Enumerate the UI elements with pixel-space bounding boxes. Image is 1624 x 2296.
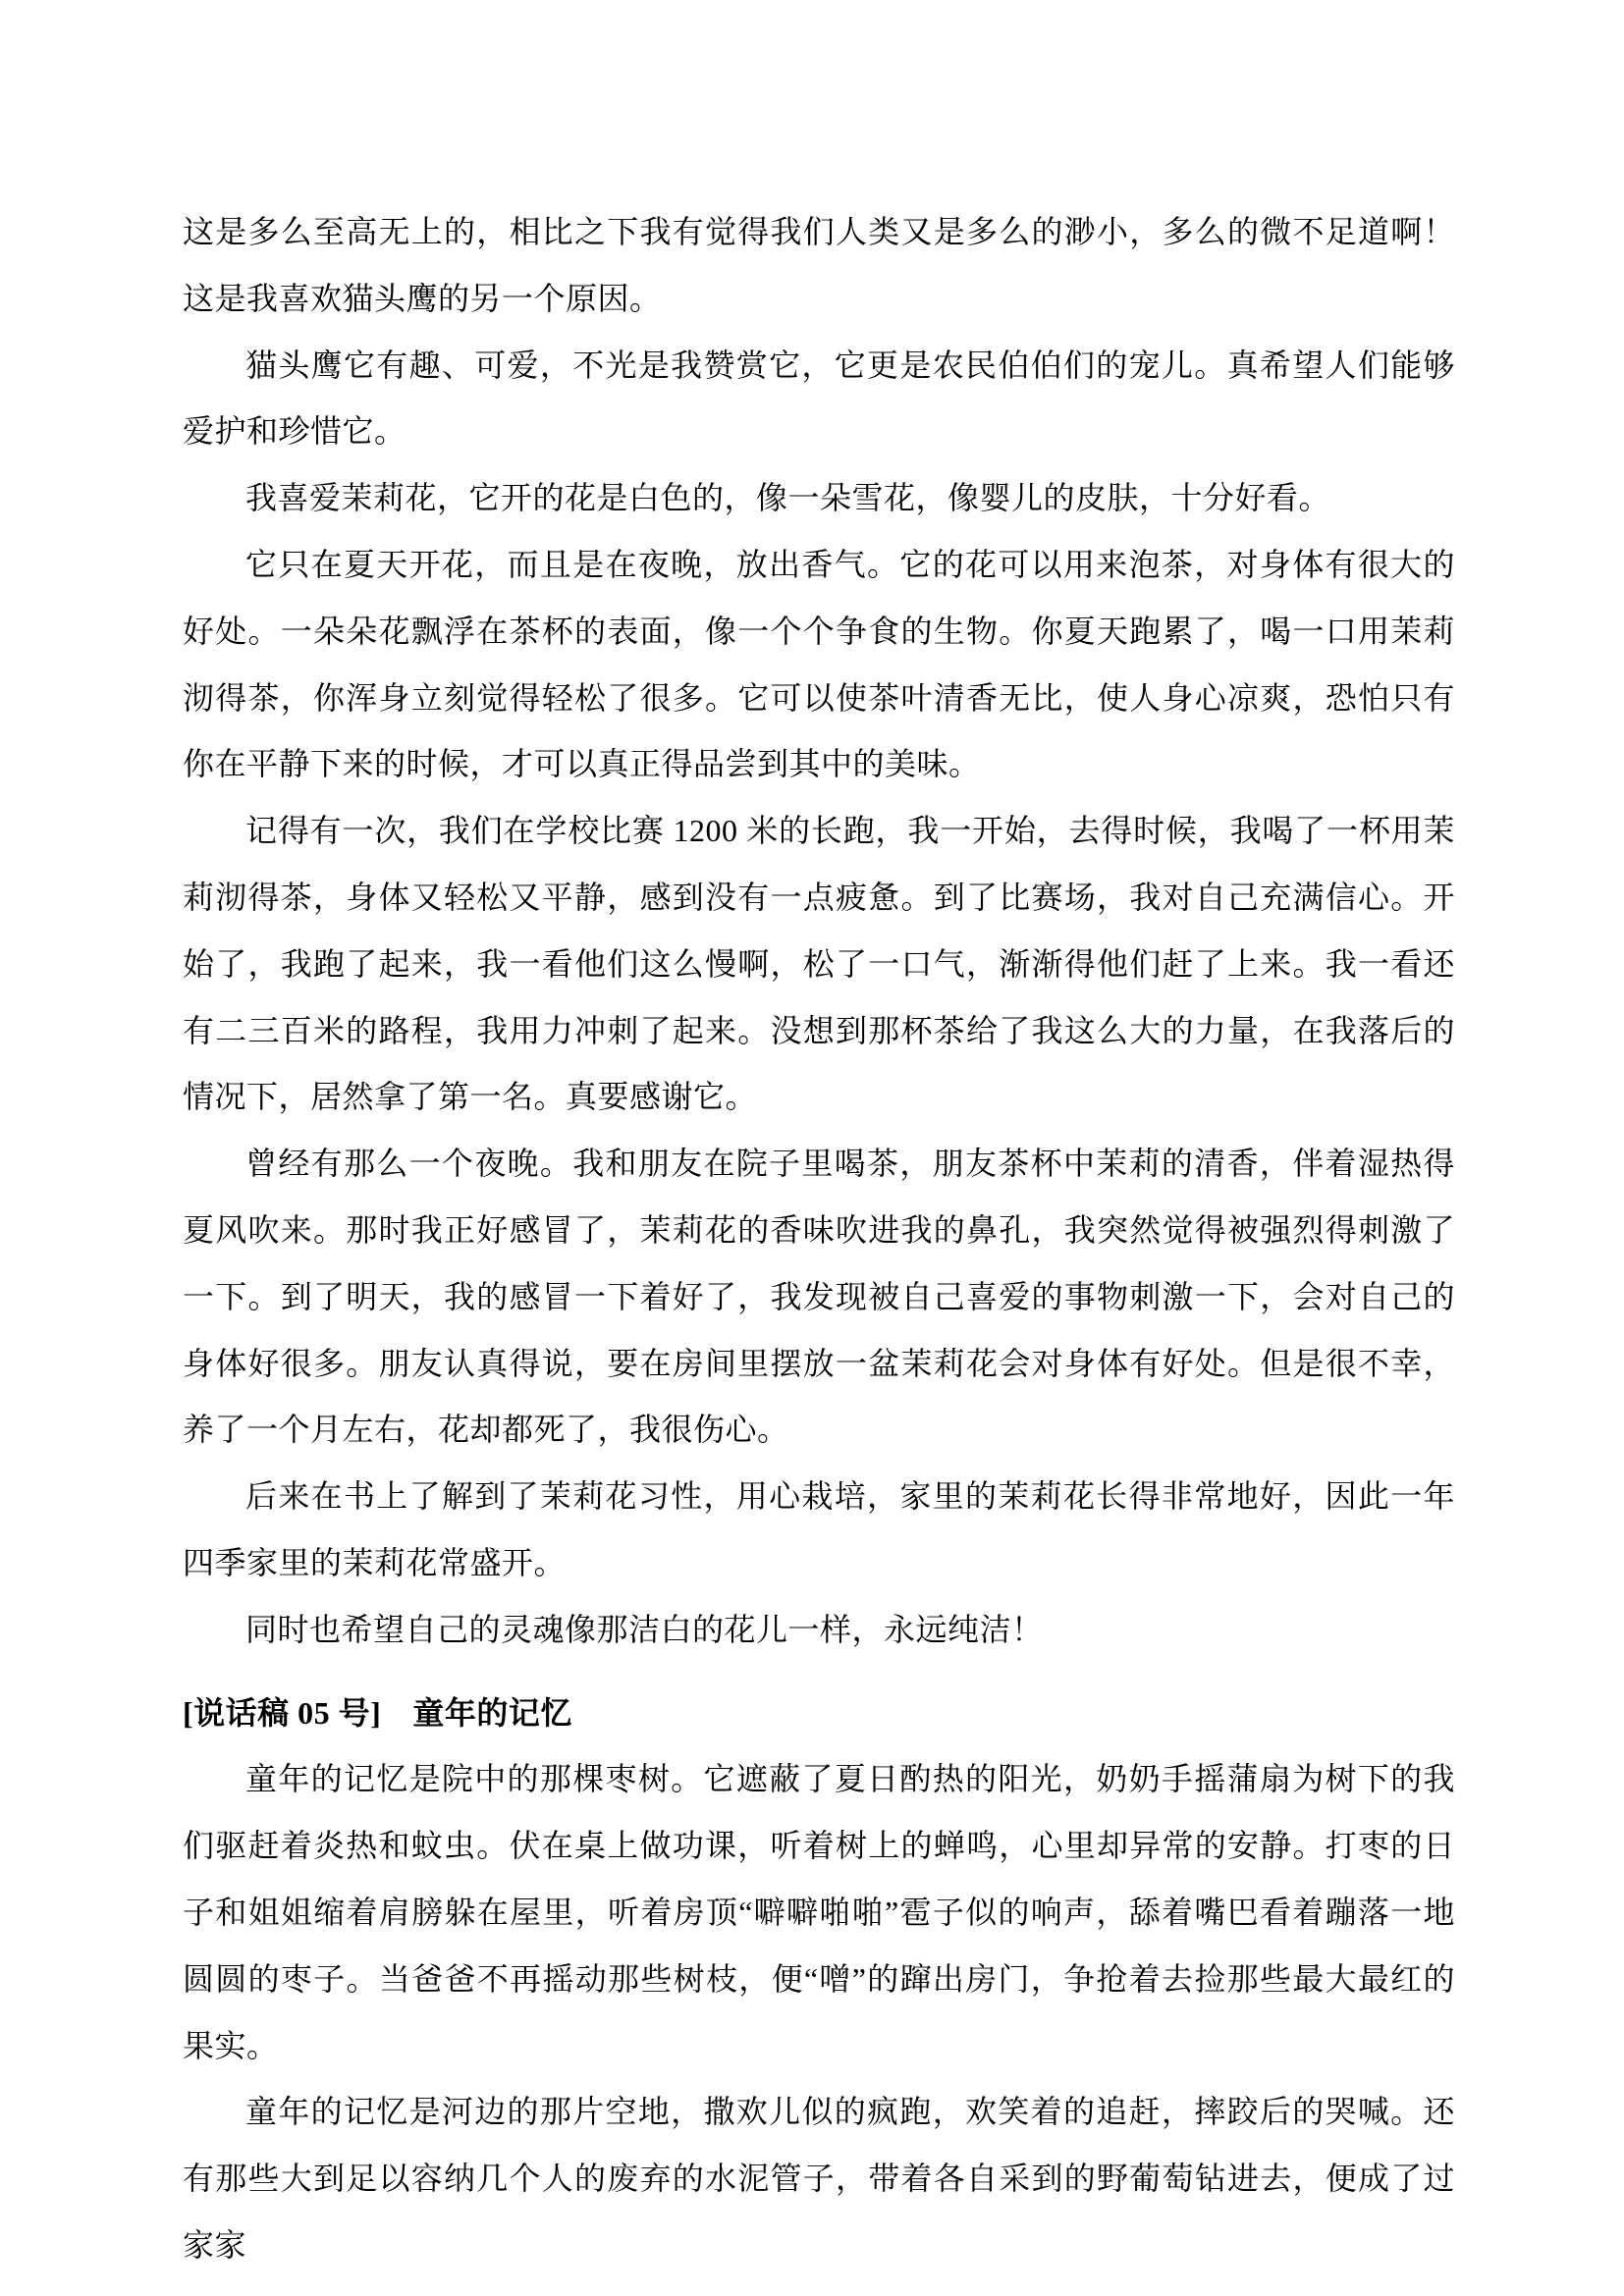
document-page: 这是多么至高无上的，相比之下我有觉得我们人类又是多么的渺小，多么的微不足道啊！这… [0, 0, 1624, 2296]
paragraph: 童年的记忆是院中的那棵枣树。它遮蔽了夏日酌热的阳光，奶奶手摇蒲扇为树下的我们驱赶… [183, 1746, 1455, 2079]
paragraph: 曾经有那么一个夜晚。我和朋友在院子里喝茶，朋友茶杯中茉莉的清香，伴着湿热得夏风吹… [183, 1131, 1455, 1464]
document-text-area: 这是多么至高无上的，相比之下我有觉得我们人类又是多么的渺小，多么的微不足道啊！这… [183, 199, 1455, 2279]
paragraph: 我喜爱茉莉花，它开的花是白色的，像一朵雪花，像婴儿的皮肤，十分好看。 [183, 465, 1455, 532]
section-heading: [说话稿 05 号]童年的记忆 [183, 1681, 1455, 1747]
paragraph: 同时也希望自己的灵魂像那洁白的花儿一样，永远纯洁！ [183, 1597, 1455, 1664]
paragraph: 记得有一次，我们在学校比赛 1200 米的长跑，我一开始，去得时候，我喝了一杯用… [183, 798, 1455, 1131]
paragraph: 这是多么至高无上的，相比之下我有觉得我们人类又是多么的渺小，多么的微不足道啊！这… [183, 199, 1455, 333]
paragraph: 后来在书上了解到了茉莉花习性，用心栽培，家里的茉莉花长得非常地好，因此一年四季家… [183, 1464, 1455, 1597]
paragraph: 它只在夏天开花，而且是在夜晚，放出香气。它的花可以用来泡茶，对身体有很大的好处。… [183, 532, 1455, 798]
section-heading-title: 童年的记忆 [412, 1695, 572, 1731]
section-heading-number: [说话稿 05 号] [183, 1695, 381, 1731]
paragraph: 猫头鹰它有趣、可爱，不光是我赞赏它，它更是农民伯伯们的宠儿。真希望人们能够爱护和… [183, 333, 1455, 466]
paragraph: 童年的记忆是河边的那片空地，撒欢儿似的疯跑，欢笑着的追赶，摔跤后的哭喊。还有那些… [183, 2079, 1455, 2278]
